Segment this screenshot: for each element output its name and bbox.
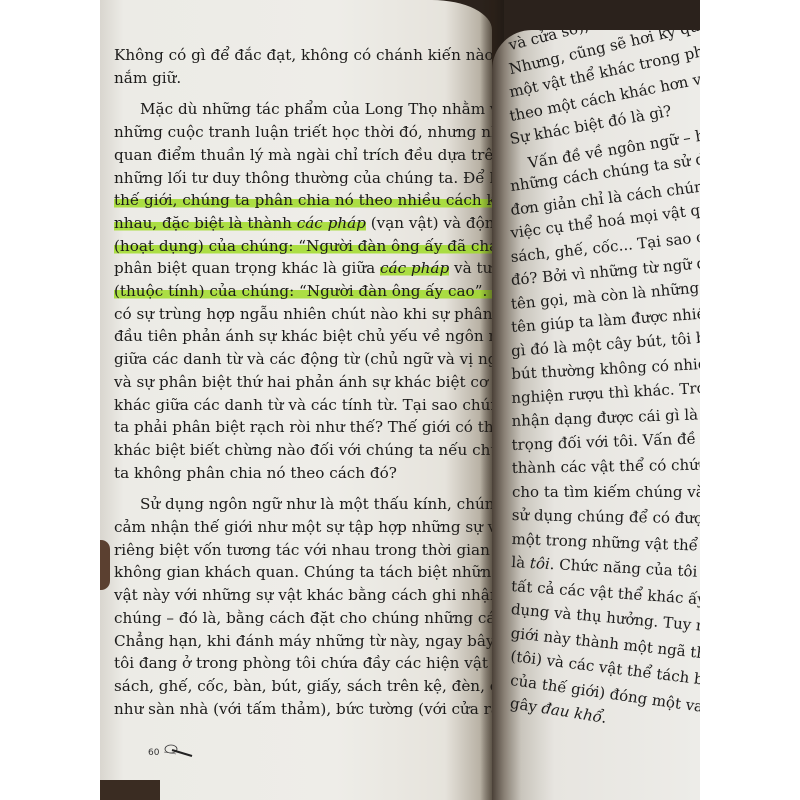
text-line: cho ta tìm kiếm chúng và trở — [512, 481, 700, 505]
italic-term: các pháp — [297, 214, 366, 232]
text-line: ta phải phân biệt rạch ròi như thế? Thế … — [114, 416, 492, 439]
text-line: thành các vật thể có chức năn — [512, 453, 700, 481]
text-line: đầu tiên phản ánh sự khác biệt chủ yếu v… — [114, 325, 492, 348]
text-line: Không có gì để đắc đạt, không có chánh k… — [114, 44, 492, 67]
text-line: sử dụng chúng để có được nhữ — [512, 504, 700, 532]
text-line: những cuộc tranh luận triết học thời đó,… — [114, 121, 492, 144]
text-line: giữa các danh từ và các động từ (chủ ngữ… — [114, 348, 492, 371]
text-line: tôi đang ở trong phòng tôi chứa đầy các … — [114, 652, 492, 675]
highlighted-text: thế giới, chúng ta phân chia nó theo nhi… — [114, 191, 492, 209]
table-surface — [100, 780, 160, 800]
text-line: riêng biệt vốn tương tác với nhau trong … — [114, 539, 492, 562]
text-line: nắm giữ. — [114, 67, 492, 90]
right-page-text: và cửa sổ), trần nhà, và... – được Nhưng… — [504, 34, 700, 716]
text-line: (thuộc tính) của chúng: “Người đàn ông ấ… — [114, 280, 492, 303]
text-line: những lối tư duy thông thường của chúng … — [114, 167, 492, 190]
text-line: vật này với những sự vật khác bằng cách … — [114, 584, 492, 607]
text-line: sách, ghế, cốc, bàn, bút, giấy, sách trê… — [114, 675, 492, 698]
highlighted-text: (thuộc tính) của chúng: “Người đàn ông ấ… — [114, 282, 492, 300]
italic-term: các pháp — [380, 259, 449, 277]
highlighted-text: (hoạt dụng) của chúng: “Người đàn ông ấy… — [114, 237, 492, 255]
left-page-text: Không có gì để đắc đạt, không có chánh k… — [114, 44, 492, 720]
text-line: có sự trùng hợp ngẫu nhiên chút nào khi … — [114, 303, 492, 326]
text-line: nhau, đặc biệt là thành các pháp (vạn vậ… — [114, 212, 492, 235]
text-line: Sử dụng ngôn ngữ như là một thấu kính, c… — [114, 493, 492, 516]
text-line: khác biệt biết chừng nào đối với chúng t… — [114, 439, 492, 462]
finger — [100, 540, 110, 590]
book-photo: Không có gì để đắc đạt, không có chánh k… — [100, 0, 700, 800]
text-line: khác giữa các danh từ và các tính từ. Tạ… — [114, 394, 492, 417]
fountain-pen-ornament-icon — [162, 743, 194, 757]
left-page: Không có gì để đắc đạt, không có chánh k… — [100, 0, 492, 800]
text-line: ta không phân chia nó theo cách đó? — [114, 462, 492, 485]
text-line: (hoạt dụng) của chúng: “Người đàn ông ấy… — [114, 235, 492, 258]
text-line: quan điểm thuần lý mà ngài chỉ trích đều… — [114, 144, 492, 167]
text-line: phân biệt quan trọng khác là giữa các ph… — [114, 257, 492, 280]
right-page: và cửa sổ), trần nhà, và... – được Nhưng… — [492, 30, 700, 800]
text-line: Mặc dù những tác phẩm của Long Thọ nhằm … — [114, 98, 492, 121]
text-line: thế giới, chúng ta phân chia nó theo nhi… — [114, 189, 492, 212]
text-line: như sàn nhà (với tấm thảm), bức tường (v… — [114, 698, 492, 721]
italic-term: tôi — [529, 554, 550, 573]
page-number: 60 — [148, 748, 159, 758]
text-line: và sự phân biệt thứ hai phản ánh sự khác… — [114, 371, 492, 394]
text-line: chúng – đó là, bằng cách đặt cho chúng n… — [114, 607, 492, 630]
text-line: cảm nhận thế giới như một sự tập hợp nhữ… — [114, 516, 492, 539]
text-line: không gian khách quan. Chúng ta tách biệ… — [114, 561, 492, 584]
text-line: Chẳng hạn, khi đánh máy những từ này, ng… — [114, 630, 492, 653]
highlighted-text: nhau, đặc biệt là thành các pháp — [114, 214, 366, 232]
